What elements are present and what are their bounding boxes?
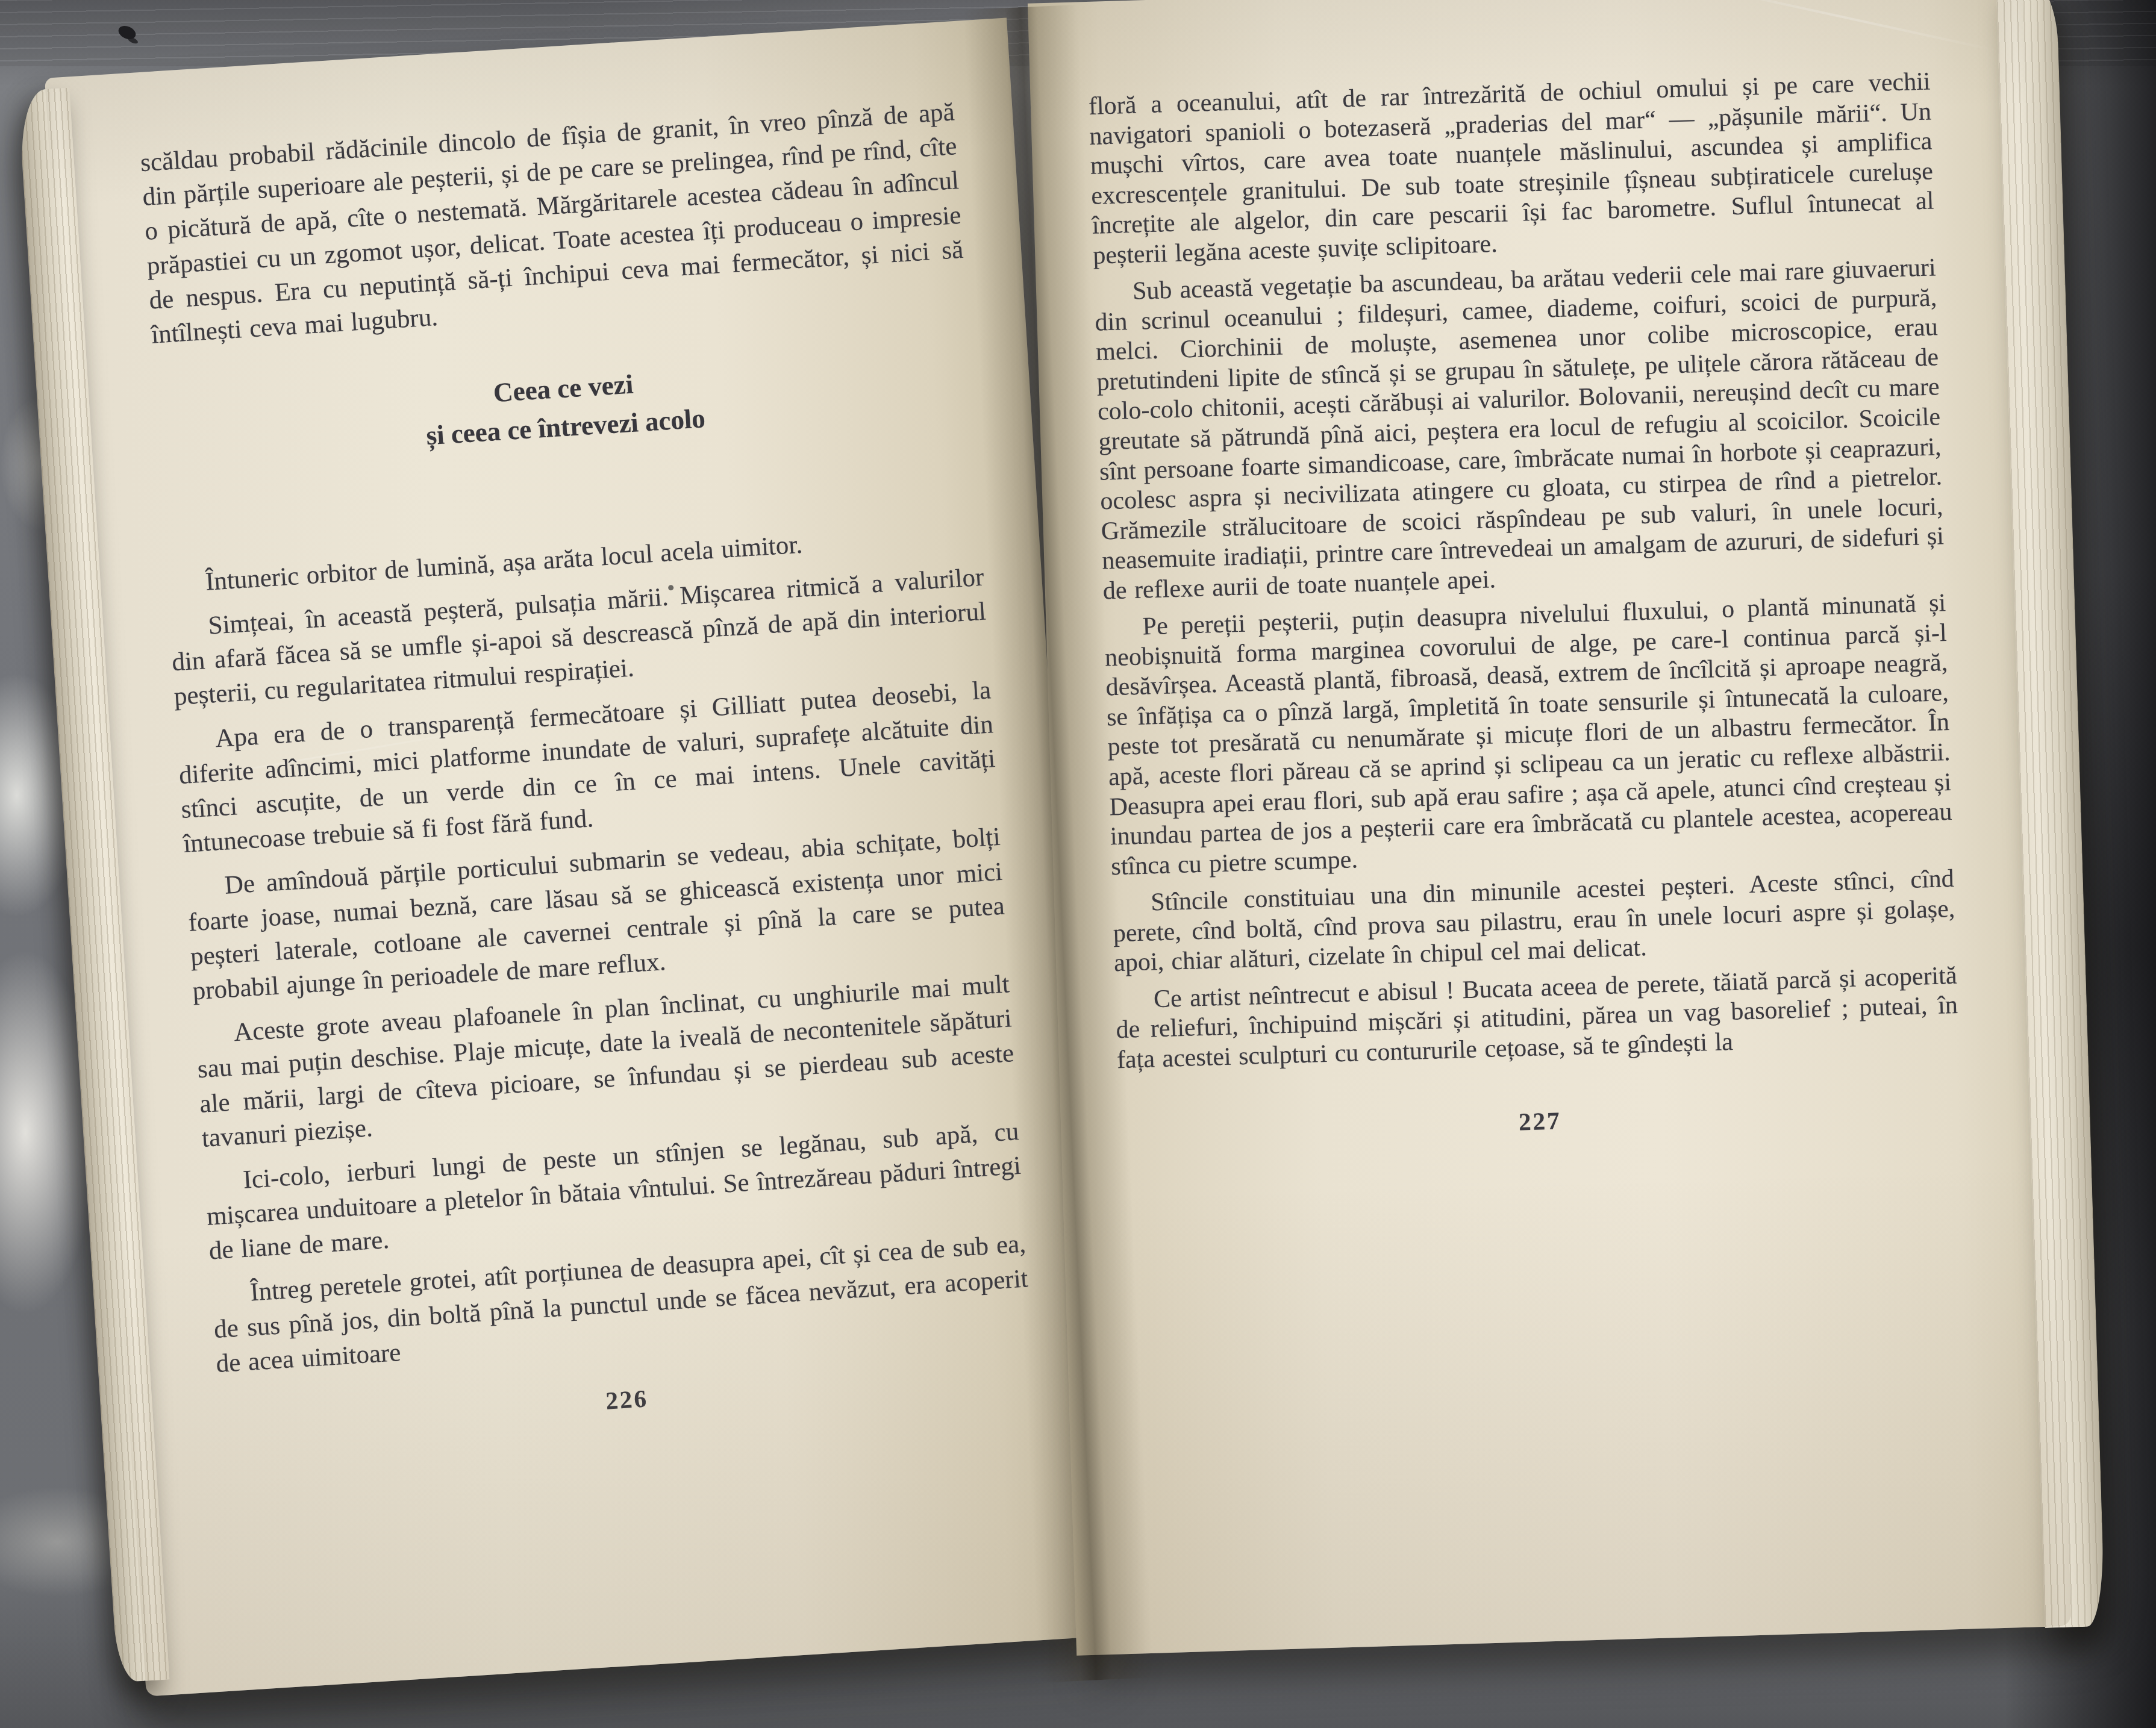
left-page: scăldau probabil rădăcinile dincolo de f…	[45, 17, 1108, 1696]
right-page-text-column: floră a oceanului, atît de rar întrezări…	[1028, 0, 2057, 1150]
paragraph-continuation: scăldau probabil rădăcinile dincolo de f…	[139, 95, 966, 352]
page-number-right: 227	[1119, 1094, 1961, 1148]
paragraph: Pe pereții peșterii, puțin deasupra nive…	[1104, 588, 1954, 882]
paragraph: Ce artist neîntrecut e abisul ! Bucata a…	[1114, 961, 1959, 1076]
open-book: scăldau probabil rădăcinile dincolo de f…	[54, 0, 2084, 1715]
debris-speck	[116, 23, 138, 42]
paragraph: Stîncile constituiau una din minunile ac…	[1112, 864, 1957, 979]
right-page: floră a oceanului, atît de rar întrezări…	[1028, 0, 2072, 1656]
paragraph-continuation: floră a oceanului, atît de rar întrezări…	[1088, 67, 1935, 271]
paragraph: Sub această vegetație ba ascundeau, ba a…	[1093, 254, 1945, 607]
chapter-heading: Ceea ce vezi și ceea ce întrevezi acolo	[155, 345, 973, 473]
left-page-text-column: scăldau probabil rădăcinile dincolo de f…	[45, 17, 1093, 1447]
photo-background: scăldau probabil rădăcinile dincolo de f…	[0, 0, 2156, 1728]
